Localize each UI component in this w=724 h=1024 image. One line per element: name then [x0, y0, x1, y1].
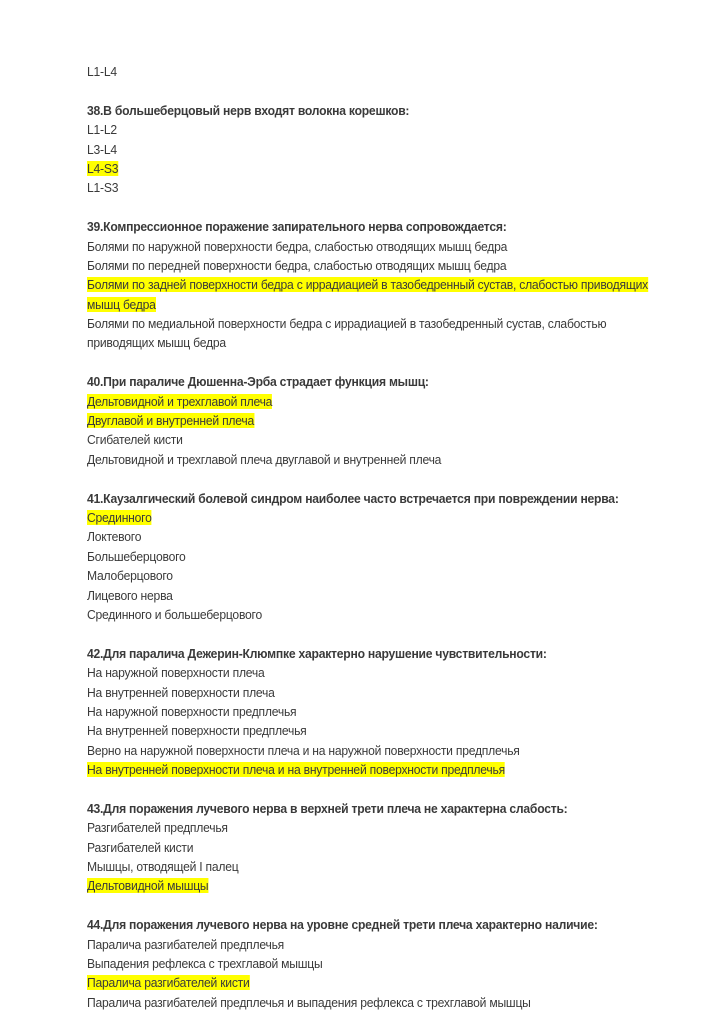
- answer-option-highlighted: Паралича разгибателей кисти: [87, 973, 639, 992]
- question-block: 40.При параличе Дюшенна-Эрба страдает фу…: [87, 372, 639, 488]
- answer-option-highlighted: На внутренней поверхности плеча и на вну…: [87, 760, 639, 779]
- answer-option: Болями по наружной поверхности бедра, сл…: [87, 237, 639, 256]
- answer-option: Малоберцового: [87, 566, 639, 585]
- answer-option-highlighted: Двуглавой и внутренней плеча: [87, 411, 639, 430]
- answer-option-highlighted: Дельтовидной и трехглавой плеча: [87, 392, 639, 411]
- answer-option: На внутренней поверхности плеча: [87, 683, 639, 702]
- answer-option-text: Дельтовидной мышцы: [87, 878, 208, 893]
- answer-option: Сгибателей кисти: [87, 430, 639, 449]
- question-list: 38.В большеберцовый нерв входят волокна …: [87, 101, 639, 1012]
- answer-option: L1-S3: [87, 178, 639, 197]
- question-block: 43.Для поражения лучевого нерва в верхне…: [87, 799, 639, 915]
- answer-option-highlighted: Срединного: [87, 508, 639, 527]
- question-title: 44.Для поражения лучевого нерва на уровн…: [87, 915, 639, 934]
- answer-option-text: Мышцы, отводящей I палец: [87, 859, 239, 874]
- answer-option-text: L1-S3: [87, 180, 118, 195]
- question-title: 39.Компрессионное поражение запирательно…: [87, 217, 639, 236]
- answer-option-text: Разгибателей предплечья: [87, 820, 228, 835]
- answer-option-text: Болями по медиальной поверхности бедра с…: [87, 316, 606, 331]
- answer-option-text: мышц бедра: [87, 297, 156, 312]
- answer-option: На наружной поверхности предплечья: [87, 702, 639, 721]
- answer-option: Разгибателей кисти: [87, 838, 639, 857]
- question-block: 44.Для поражения лучевого нерва на уровн…: [87, 915, 639, 1012]
- answer-option-highlighted: мышц бедра: [87, 295, 639, 314]
- question-title: 41.Каузалгический болевой синдром наибол…: [87, 489, 639, 508]
- answer-option-text: Срединного и большеберцового: [87, 607, 262, 622]
- answer-option: Паралича разгибателей предплечья и выпад…: [87, 993, 639, 1012]
- answer-option-text: Дельтовидной и трехглавой плеча: [87, 394, 272, 409]
- question-block: 38.В большеберцовый нерв входят волокна …: [87, 101, 639, 217]
- answer-option: Выпадения рефлекса с трехглавой мышцы: [87, 954, 639, 973]
- spacer: [87, 353, 639, 372]
- answer-option: L1-L2: [87, 120, 639, 139]
- question-title: 42.Для паралича Дежерин-Клюмпке характер…: [87, 644, 639, 663]
- leading-answer-line: L1-L4: [87, 62, 639, 81]
- question-title: 38.В большеберцовый нерв входят волокна …: [87, 101, 639, 120]
- answer-option: На внутренней поверхности предплечья: [87, 721, 639, 740]
- spacer: [87, 624, 639, 643]
- spacer: [87, 81, 639, 100]
- answer-option-text: Большеберцового: [87, 549, 186, 564]
- question-block: 42.Для паралича Дежерин-Клюмпке характер…: [87, 644, 639, 799]
- answer-option-text: Выпадения рефлекса с трехглавой мышцы: [87, 956, 322, 971]
- question-block: 39.Компрессионное поражение запирательно…: [87, 217, 639, 372]
- answer-option-text: Паралича разгибателей предплечья и выпад…: [87, 995, 531, 1010]
- answer-option-highlighted: Болями по задней поверхности бедра с ирр…: [87, 275, 639, 294]
- answer-option-text: На внутренней поверхности предплечья: [87, 723, 307, 738]
- answer-option-text: L1-L2: [87, 122, 117, 137]
- question-block: 41.Каузалгический болевой синдром наибол…: [87, 489, 639, 644]
- answer-option: Лицевого нерва: [87, 586, 639, 605]
- answer-option-text: приводящих мышц бедра: [87, 335, 226, 350]
- spacer: [87, 469, 639, 488]
- answer-option-text: На внутренней поверхности плеча и на вну…: [87, 762, 505, 777]
- answer-option-text: На наружной поверхности плеча: [87, 665, 265, 680]
- document-page: L1-L4 38.В большеберцовый нерв входят во…: [87, 62, 639, 1012]
- answer-option-text: Малоберцового: [87, 568, 173, 583]
- answer-option-text: Болями по передней поверхности бедра, сл…: [87, 258, 506, 273]
- answer-option-text: Паралича разгибателей кисти: [87, 975, 250, 990]
- answer-option: приводящих мышц бедра: [87, 333, 639, 352]
- spacer: [87, 779, 639, 798]
- question-title: 43.Для поражения лучевого нерва в верхне…: [87, 799, 639, 818]
- answer-option: Болями по медиальной поверхности бедра с…: [87, 314, 639, 333]
- answer-option-text: Локтевого: [87, 529, 141, 544]
- answer-option-text: Разгибателей кисти: [87, 840, 193, 855]
- answer-option-text: L4-S3: [87, 161, 118, 176]
- answer-option-text: Паралича разгибателей предплечья: [87, 937, 284, 952]
- answer-option-text: Двуглавой и внутренней плеча: [87, 413, 254, 428]
- answer-option: Разгибателей предплечья: [87, 818, 639, 837]
- answer-option-text: Срединного: [87, 510, 152, 525]
- answer-option: Болями по передней поверхности бедра, сл…: [87, 256, 639, 275]
- answer-option: Локтевого: [87, 527, 639, 546]
- question-title: 40.При параличе Дюшенна-Эрба страдает фу…: [87, 372, 639, 391]
- answer-option-highlighted: L4-S3: [87, 159, 639, 178]
- answer-option-text: L3-L4: [87, 142, 117, 157]
- answer-option: Верно на наружной поверхности плеча и на…: [87, 741, 639, 760]
- answer-option-text: Сгибателей кисти: [87, 432, 183, 447]
- answer-option: Дельтовидной и трехглавой плеча двуглаво…: [87, 450, 639, 469]
- answer-option-text: Дельтовидной и трехглавой плеча двуглаво…: [87, 452, 441, 467]
- answer-option-text: Верно на наружной поверхности плеча и на…: [87, 743, 520, 758]
- answer-option: Паралича разгибателей предплечья: [87, 935, 639, 954]
- answer-option: Мышцы, отводящей I палец: [87, 857, 639, 876]
- spacer: [87, 198, 639, 217]
- answer-option-highlighted: Дельтовидной мышцы: [87, 876, 639, 895]
- spacer: [87, 896, 639, 915]
- answer-option-text: На внутренней поверхности плеча: [87, 685, 275, 700]
- answer-option: Большеберцового: [87, 547, 639, 566]
- answer-option-text: Лицевого нерва: [87, 588, 173, 603]
- answer-option-text: Болями по задней поверхности бедра с ирр…: [87, 277, 648, 292]
- answer-option: На наружной поверхности плеча: [87, 663, 639, 682]
- answer-option: Срединного и большеберцового: [87, 605, 639, 624]
- answer-option-text: На наружной поверхности предплечья: [87, 704, 296, 719]
- answer-option-text: Болями по наружной поверхности бедра, сл…: [87, 239, 507, 254]
- answer-option: L3-L4: [87, 140, 639, 159]
